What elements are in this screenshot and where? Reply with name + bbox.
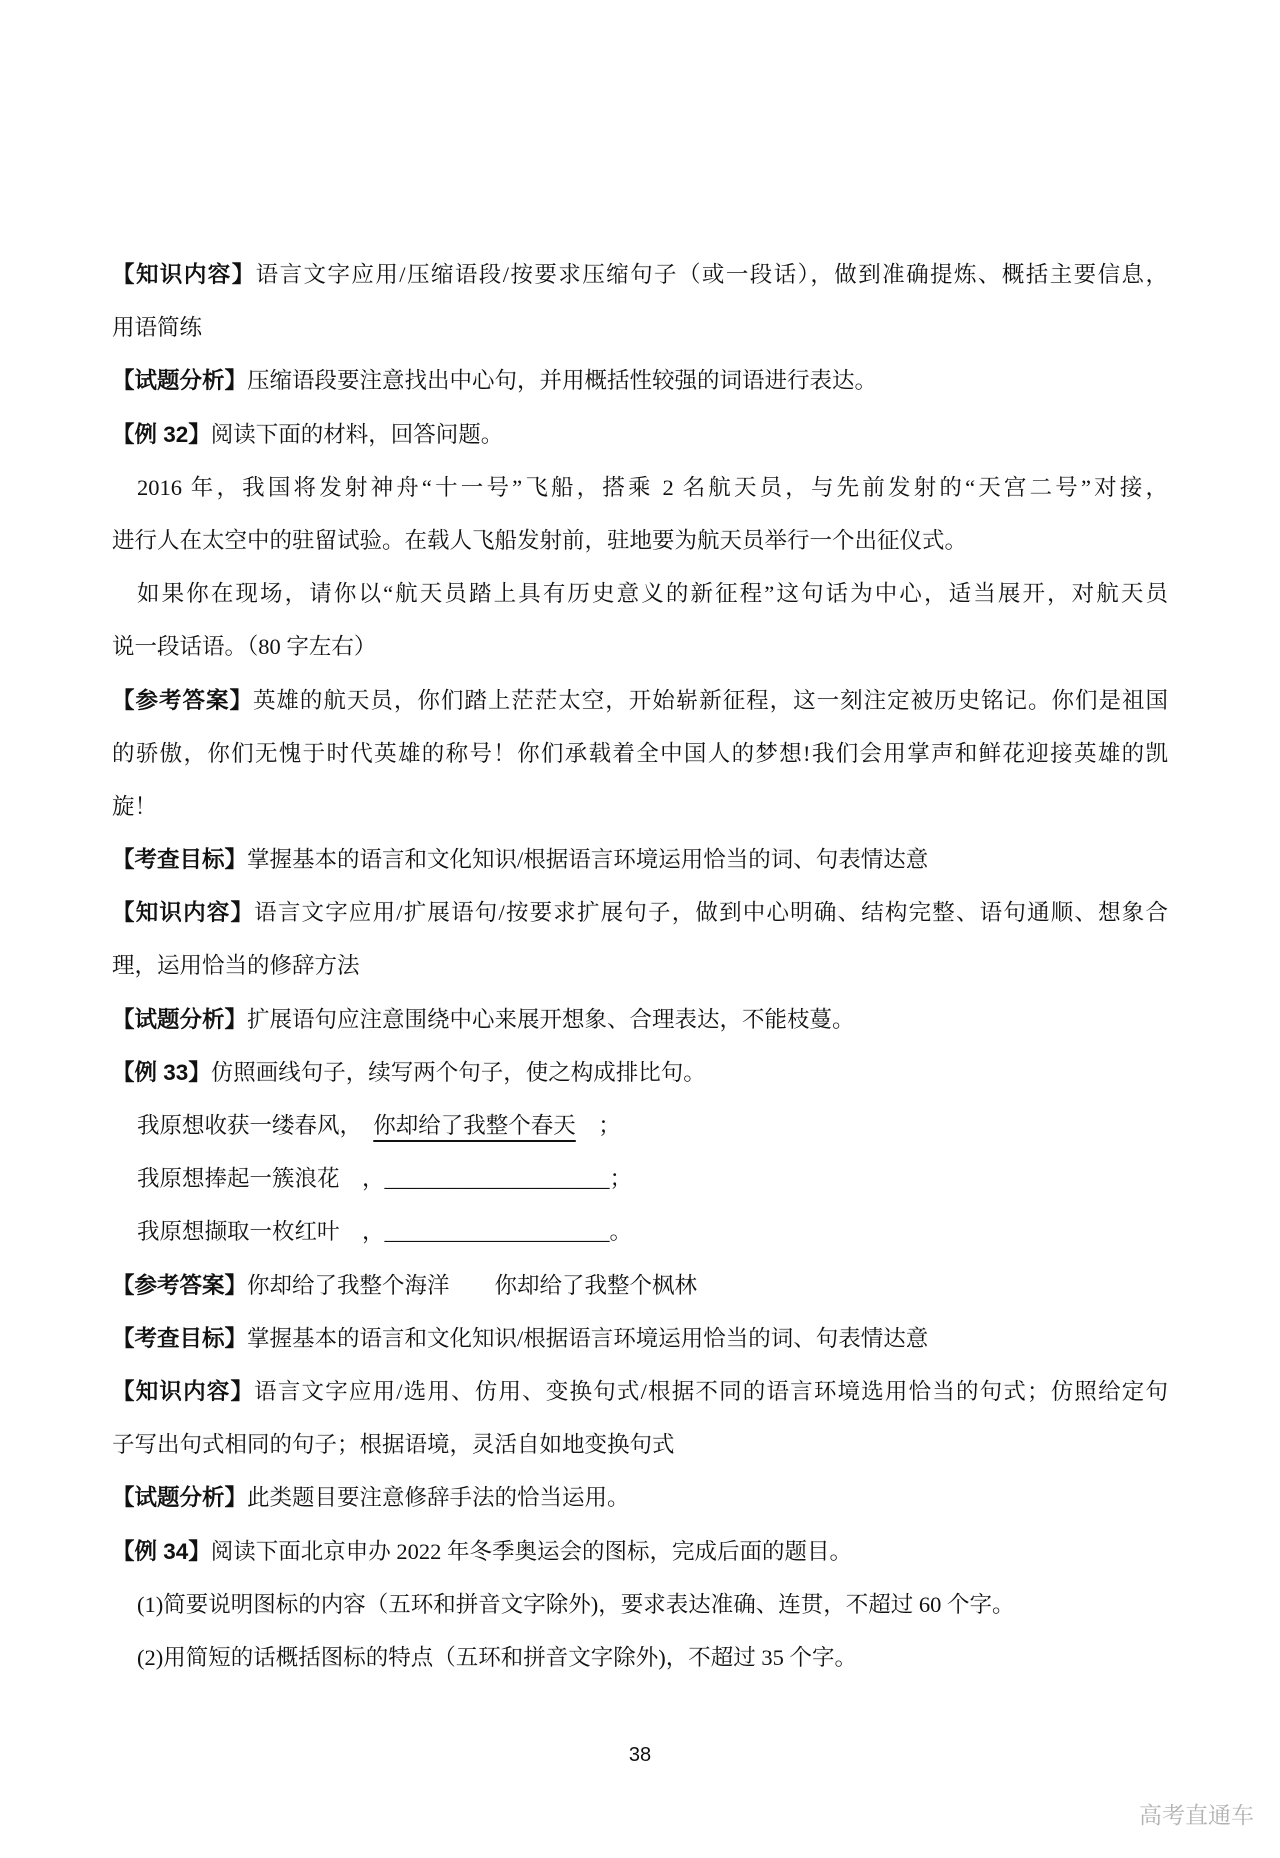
line-text: 英雄的航天员，你们踏上茫茫太空，开始崭新征程，这一刻注定被历史铭记。你们是祖国 [253,688,1168,713]
document-page: 【知识内容】语言文字应用/压缩语段/按要求压缩句子（或一段话），做到准确提炼、概… [0,0,1280,1858]
line-text: 语言文字应用/扩展语句/按要求扩展句子，做到中心明确、结构完整、语句通顺、想象合 [254,900,1168,925]
line-text: ； [576,1113,621,1138]
line-model-sentence: 我原想收获一缕春风， 你却给了我整个春天 ； [112,1099,1168,1152]
section-label: 【知识内容】 [112,1379,254,1404]
line-text: 语言文字应用/压缩语段/按要求压缩句子（或一段话），做到准确提炼、概括主要信息， [256,262,1168,287]
line-text: 理，运用恰当的修辞方法 [112,953,360,978]
line-material: 2016 年，我国将发射神舟“十一号”飞船，搭乘 2 名航天员，与先前发射的“天… [112,461,1168,514]
line-text: 压缩语段要注意找出中心句，并用概括性较强的词语进行表达。 [247,368,877,393]
line-text: 旋！ [112,794,157,819]
section-label: 【试题分析】 [112,1485,247,1510]
line-example-34: 【例 34】阅读下面北京申办 2022 年冬季奥运会的图标，完成后面的题目。 [112,1525,1168,1578]
line-knowledge-content: 【知识内容】语言文字应用/扩展语句/按要求扩展句子，做到中心明确、结构完整、语句… [112,886,1168,939]
line-question-analysis: 【试题分析】压缩语段要注意找出中心句，并用概括性较强的词语进行表达。 [112,354,1168,407]
document-body: 【知识内容】语言文字应用/压缩语段/按要求压缩句子（或一段话），做到准确提炼、概… [112,248,1168,1684]
line-text: 进行人在太空中的驻留试验。在载人飞船发射前，驻地要为航天员举行一个出征仪式。 [112,528,967,553]
line-task: 如果你在现场，请你以“航天员踏上具有历史意义的新征程”这句话为中心，适当展开，对… [112,567,1168,620]
line-subquestion-2: (2)用简短的话概括图标的特点（五环和拼音文字除外)，不超过 35 个字。 [112,1631,1168,1684]
line-knowledge-content-cont: 理，运用恰当的修辞方法 [112,939,1168,992]
line-subquestion-1: (1)简要说明图标的内容（五环和拼音文字除外)，要求表达准确、连贯，不超过 60… [112,1578,1168,1631]
line-text: 说一段话语。（80 字左右） [112,634,376,659]
line-text: 我原想收获一缕春风， [137,1113,373,1138]
line-text: 仿照画线句子，续写两个句子，使之构成排比句。 [211,1060,706,1085]
section-label: 【参考答案】 [112,1273,247,1298]
line-knowledge-content: 【知识内容】语言文字应用/选用、仿用、变换句式/根据不同的语言环境选用恰当的句式… [112,1365,1168,1418]
line-example-33: 【例 33】仿照画线句子，续写两个句子，使之构成排比句。 [112,1046,1168,1099]
line-text: 我原想撷取一枚红叶 ，____________________。 [137,1219,632,1244]
line-knowledge-content-cont: 子写出句式相同的句子；根据语境，灵活自如地变换句式 [112,1418,1168,1471]
line-text: (2)用简短的话概括图标的特点（五环和拼音文字除外)，不超过 35 个字。 [137,1645,857,1670]
section-label: 【考查目标】 [112,1326,247,1351]
line-text: 扩展语句应注意围绕中心来展开想象、合理表达，不能枝蔓。 [247,1007,855,1032]
line-text: 用语简练 [112,315,202,340]
line-exam-target: 【考查目标】掌握基本的语言和文化知识/根据语言环境运用恰当的词、句表情达意 [112,1312,1168,1365]
section-label: 【试题分析】 [112,368,247,393]
section-label: 【试题分析】 [112,1007,247,1032]
watermark-brand: 高考直通车 [1139,1799,1254,1831]
line-text: 2016 年，我国将发射神舟“十一号”飞船，搭乘 2 名航天员，与先前发射的“天… [137,475,1168,500]
line-text: 阅读下面的材料，回答问题。 [211,422,504,447]
line-text: 掌握基本的语言和文化知识/根据语言环境运用恰当的词、句表情达意 [247,847,928,872]
line-knowledge-content-cont: 用语简练 [112,301,1168,354]
line-blank-sentence: 我原想撷取一枚红叶 ，____________________。 [112,1205,1168,1258]
section-label: 【知识内容】 [112,900,254,925]
section-label: 【考查目标】 [112,847,247,872]
section-label: 【例 33】 [112,1060,211,1085]
line-knowledge-content: 【知识内容】语言文字应用/压缩语段/按要求压缩句子（或一段话），做到准确提炼、概… [112,248,1168,301]
line-text: 如果你在现场，请你以“航天员踏上具有历史意义的新征程”这句话为中心，适当展开，对… [137,581,1168,606]
line-question-analysis: 【试题分析】此类题目要注意修辞手法的恰当运用。 [112,1471,1168,1524]
page-number: 38 [0,1742,1280,1768]
section-label: 【例 34】 [112,1539,211,1564]
line-text: 阅读下面北京申办 2022 年冬季奥运会的图标，完成后面的题目。 [211,1539,852,1564]
line-text: (1)简要说明图标的内容（五环和拼音文字除外)，要求表达准确、连贯，不超过 60… [137,1592,1014,1617]
line-blank-sentence: 我原想捧起一簇浪花 ，____________________； [112,1152,1168,1205]
line-reference-answer: 【参考答案】英雄的航天员，你们踏上茫茫太空，开始崭新征程，这一刻注定被历史铭记。… [112,674,1168,727]
line-material-cont: 进行人在太空中的驻留试验。在载人飞船发射前，驻地要为航天员举行一个出征仪式。 [112,514,1168,567]
line-question-analysis: 【试题分析】扩展语句应注意围绕中心来展开想象、合理表达，不能枝蔓。 [112,993,1168,1046]
line-text: 的骄傲，你们无愧于时代英雄的称号！你们承载着全中国人的梦想!我们会用掌声和鲜花迎… [112,741,1168,766]
line-text: 子写出句式相同的句子；根据语境，灵活自如地变换句式 [112,1432,675,1457]
line-example-32: 【例 32】阅读下面的材料，回答问题。 [112,408,1168,461]
section-label: 【例 32】 [112,422,211,447]
underlined-text: 你却给了我整个春天 [373,1113,576,1138]
section-label: 【知识内容】 [112,262,256,287]
line-task-cont: 说一段话语。（80 字左右） [112,620,1168,673]
line-reference-answer-cont: 旋！ [112,780,1168,833]
line-text: 语言文字应用/选用、仿用、变换句式/根据不同的语言环境选用恰当的句式；仿照给定句 [254,1379,1168,1404]
line-text: 此类题目要注意修辞手法的恰当运用。 [247,1485,630,1510]
line-text: 你却给了我整个海洋 你却给了我整个枫林 [247,1273,697,1298]
section-label: 【参考答案】 [112,688,253,713]
line-reference-answer: 【参考答案】你却给了我整个海洋 你却给了我整个枫林 [112,1259,1168,1312]
line-reference-answer-cont: 的骄傲，你们无愧于时代英雄的称号！你们承载着全中国人的梦想!我们会用掌声和鲜花迎… [112,727,1168,780]
line-text: 我原想捧起一簇浪花 ，____________________； [137,1166,632,1191]
line-exam-target: 【考查目标】掌握基本的语言和文化知识/根据语言环境运用恰当的词、句表情达意 [112,833,1168,886]
line-text: 掌握基本的语言和文化知识/根据语言环境运用恰当的词、句表情达意 [247,1326,928,1351]
